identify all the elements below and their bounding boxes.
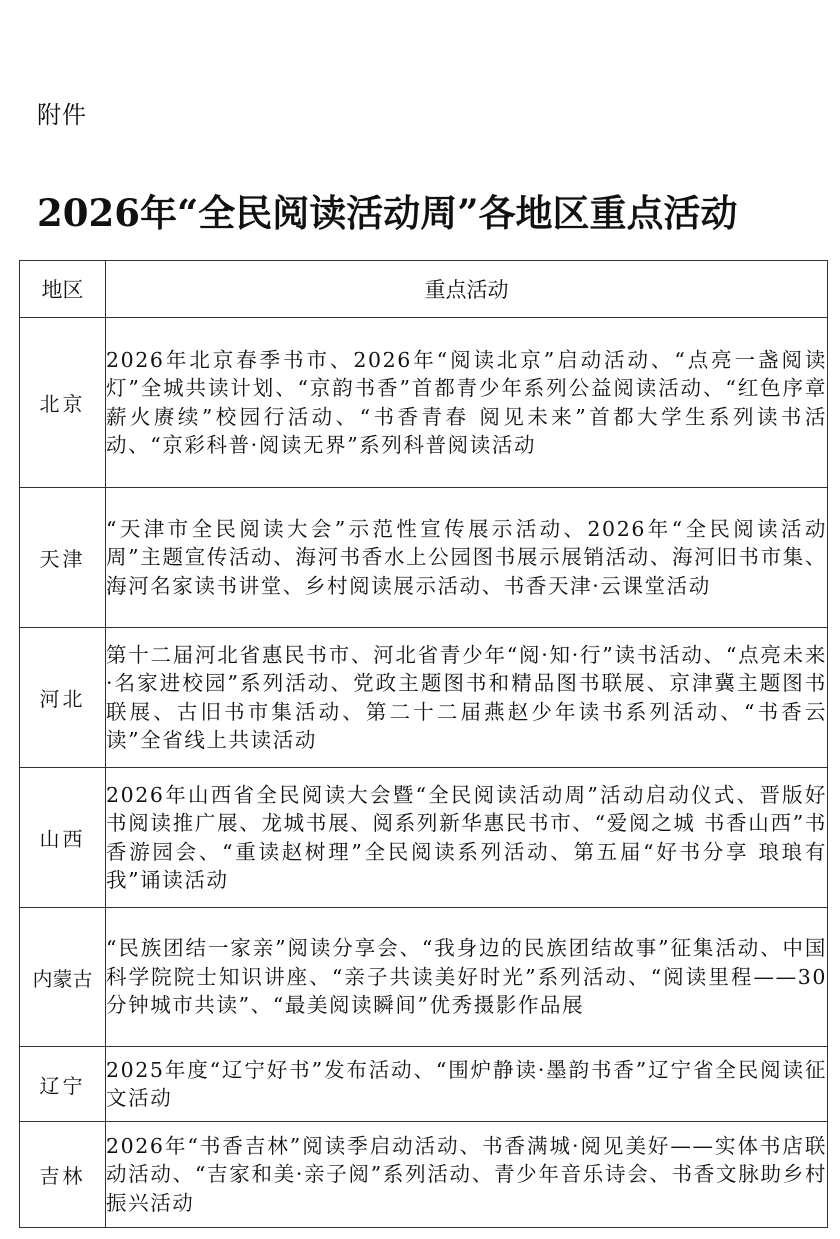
region-cell: 河北 bbox=[20, 628, 106, 768]
activities-cell: 2026年“书香吉林”阅读季启动活动、书香满城·阅见美好——实体书店联动活动、“… bbox=[106, 1122, 828, 1228]
activities-cell: 第十二届河北省惠民书市、河北省青少年“阅·知·行”读书活动、“点亮未来·名家进校… bbox=[106, 628, 828, 768]
document-title: 2026年“全民阅读活动周”各地区重点活动 bbox=[37, 188, 827, 238]
activities-cell: “天津市全民阅读大会”示范性宣传展示活动、2026年“全民阅读活动周”主题宣传活… bbox=[106, 488, 828, 628]
region-cell: 吉林 bbox=[20, 1122, 106, 1228]
activities-table: 地区 重点活动 北京 2026年北京春季书市、2026年“阅读北京”启动活动、“… bbox=[19, 260, 828, 1228]
region-cell: 内蒙古 bbox=[20, 908, 106, 1047]
region-cell: 北京 bbox=[20, 318, 106, 488]
table-row-liaoning: 辽宁 2025年度“辽宁好书”发布活动、“围炉静读·墨韵书香”辽宁省全民阅读征文… bbox=[20, 1047, 828, 1122]
region-cell: 辽宁 bbox=[20, 1047, 106, 1122]
table-row-beijing: 北京 2026年北京春季书市、2026年“阅读北京”启动活动、“点亮一盏阅读灯”… bbox=[20, 318, 828, 488]
activities-cell: 2026年北京春季书市、2026年“阅读北京”启动活动、“点亮一盏阅读灯”全城共… bbox=[106, 318, 828, 488]
region-cell: 山西 bbox=[20, 768, 106, 908]
activities-cell: 2026年山西省全民阅读大会暨“全民阅读活动周”活动启动仪式、晋版好书阅读推广展… bbox=[106, 768, 828, 908]
activities-column-header: 重点活动 bbox=[106, 261, 828, 318]
activities-cell: 2025年度“辽宁好书”发布活动、“围炉静读·墨韵书香”辽宁省全民阅读征文活动 bbox=[106, 1047, 828, 1122]
activities-cell: “民族团结一家亲”阅读分享会、“我身边的民族团结故事”征集活动、中国科学院院士知… bbox=[106, 908, 828, 1047]
table-row-inner-mongolia: 内蒙古 “民族团结一家亲”阅读分享会、“我身边的民族团结故事”征集活动、中国科学… bbox=[20, 908, 828, 1047]
region-column-header: 地区 bbox=[20, 261, 106, 318]
table-row-hebei: 河北 第十二届河北省惠民书市、河北省青少年“阅·知·行”读书活动、“点亮未来·名… bbox=[20, 628, 828, 768]
region-cell: 天津 bbox=[20, 488, 106, 628]
table-row-jilin: 吉林 2026年“书香吉林”阅读季启动活动、书香满城·阅见美好——实体书店联动活… bbox=[20, 1122, 828, 1228]
table-row-tianjin: 天津 “天津市全民阅读大会”示范性宣传展示活动、2026年“全民阅读活动周”主题… bbox=[20, 488, 828, 628]
table-row-shanxi: 山西 2026年山西省全民阅读大会暨“全民阅读活动周”活动启动仪式、晋版好书阅读… bbox=[20, 768, 828, 908]
table-header-row: 地区 重点活动 bbox=[20, 261, 828, 318]
attachment-label: 附件 bbox=[37, 98, 87, 132]
